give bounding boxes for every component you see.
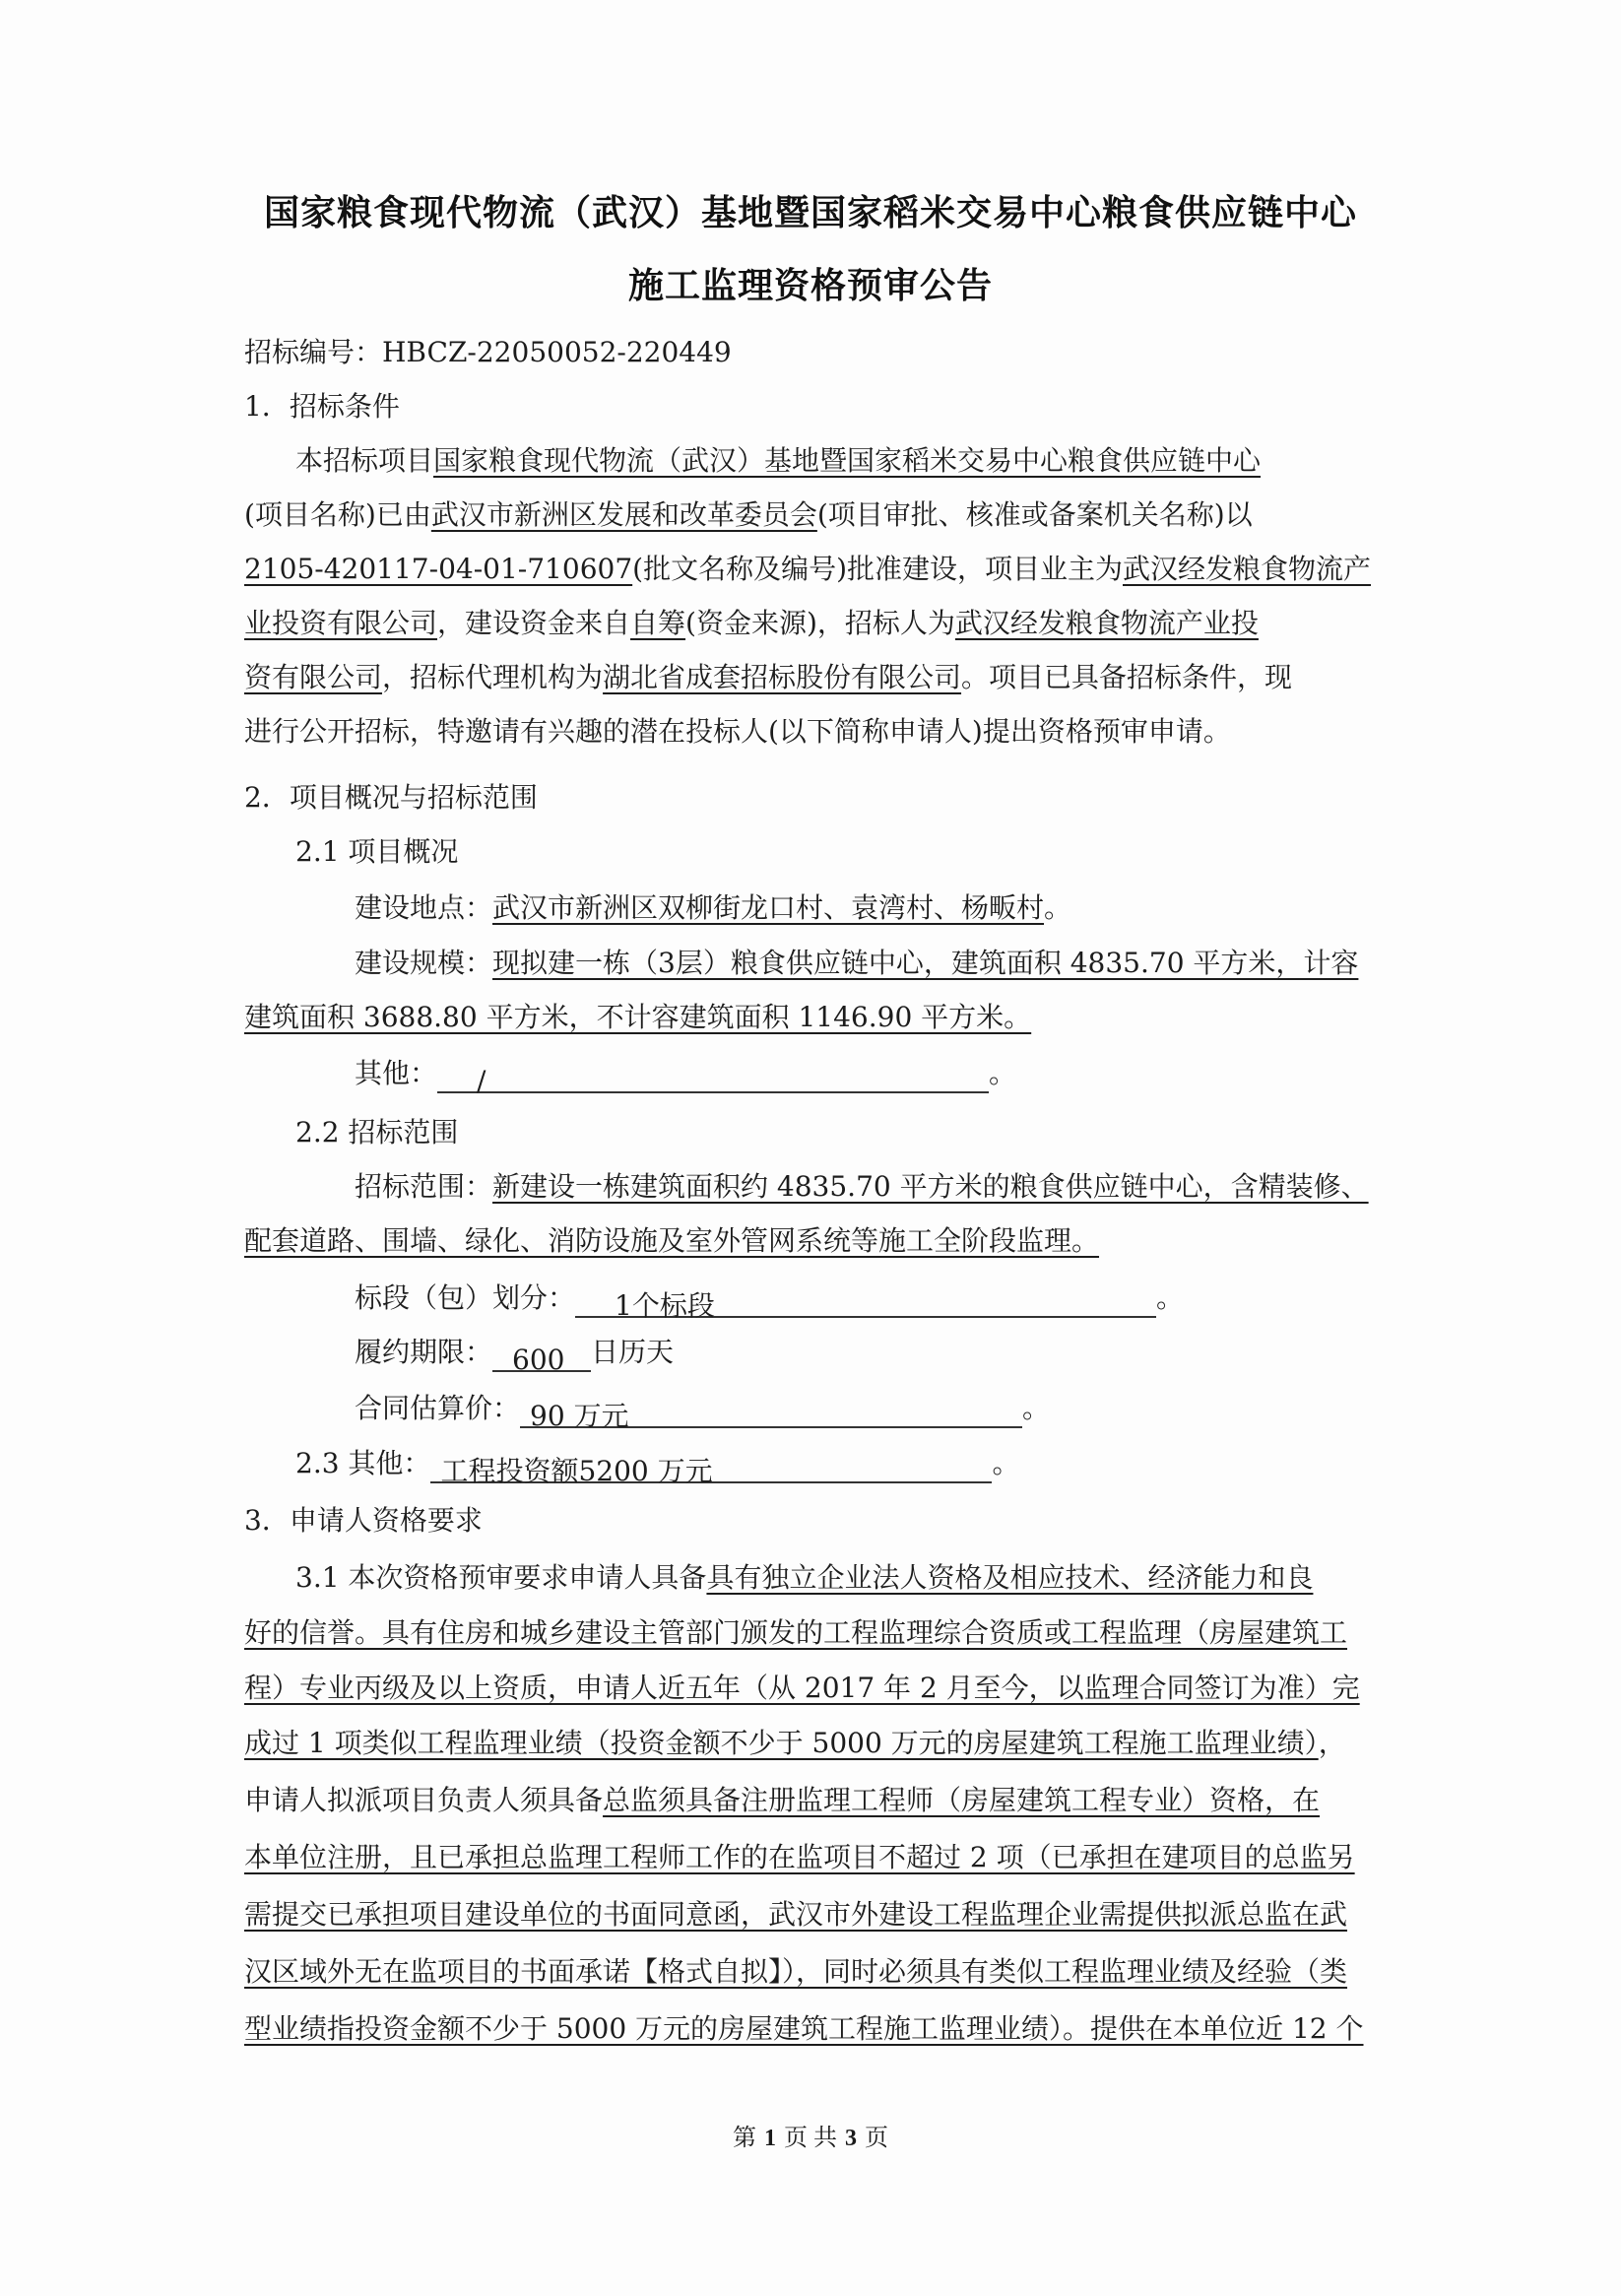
text: 。项目已具备招标条件，现 (961, 661, 1292, 693)
section-2-2-heading: 2.2 招标范围 (295, 1113, 1428, 1152)
document-title-line2: 施工监理资格预审公告 (0, 258, 1621, 308)
period-row: 履约期限：600日历天 (355, 1333, 1487, 1372)
section-2-3-row: 2.3 其他：工程投资额5200 万元。 (295, 1444, 1428, 1483)
s1-para-line2: (项目名称)已由武汉市新洲区发展和改革委员会(项目审批、核准或备案机关名称)以 (244, 495, 1377, 535)
price-value: 90 万元 (520, 1397, 1022, 1428)
scale-value-cont: 建筑面积 3688.80 平方米，不计容建筑面积 1146.90 平方米。 (244, 1001, 1031, 1033)
text: 。 (989, 1057, 1016, 1089)
text: ， (1319, 1727, 1346, 1759)
bid-number: 招标编号：HBCZ-22050052-220449 (244, 333, 1377, 372)
page-footer: 第1页 共3页 (0, 2118, 1621, 2152)
period-label: 履约期限： (355, 1336, 492, 1368)
scale-row: 建设规模：现拟建一栋（3层）粮食供应链中心，建筑面积 4835.70 平方米，计… (355, 944, 1487, 983)
bid-number-label: 招标编号： (244, 336, 382, 368)
s3-line4: 成过 1 项类似工程监理业绩（投资金额不少于 5000 万元的房屋建筑工程施工监… (244, 1724, 1377, 1763)
s3-line8: 汉区域外无在监项目的书面承诺【格式自拟】），同时必须具有类似工程监理业绩及经验（… (244, 1952, 1377, 1992)
price-label: 合同估算价： (355, 1392, 520, 1424)
agency: 湖北省成套招标股份有限公司 (603, 661, 961, 693)
s1-para-line4: 业投资有限公司，建设资金来自自筹(资金来源)，招标人为武汉经发粮食物流产业投 (244, 604, 1377, 643)
owner-cont: 业投资有限公司 (244, 607, 437, 639)
section-2-heading: 2．项目概况与招标范围 (244, 778, 1377, 818)
s1-para-line1: 本招标项目国家粮食现代物流（武汉）基地暨国家稻米交易中心粮食供应链中心 (295, 441, 1428, 481)
text: 。 (1022, 1392, 1050, 1424)
tenderer: 武汉经发粮食物流产业投 (955, 607, 1259, 639)
text: (批文名称及编号)批准建设，项目业主为 (632, 553, 1123, 585)
scale-row-cont: 建筑面积 3688.80 平方米，不计容建筑面积 1146.90 平方米。 (244, 998, 1377, 1037)
text: 本招标项目 (295, 444, 433, 477)
s3-line2: 好的信誉。具有住房和城乡建设主管部门颁发的工程监理综合资质或工程监理（房屋建筑工 (244, 1613, 1377, 1653)
scope-row-cont: 配套道路、围墙、绿化、消防设施及室外管网系统等施工全阶段监理。 (244, 1221, 1377, 1261)
owner: 武汉经发粮食物流产 (1123, 553, 1371, 585)
text: ，建设资金来自 (437, 607, 630, 639)
manager-qualification: 总监须具备注册监理工程师（房屋建筑工程专业）资格，在 (603, 1784, 1320, 1816)
approval-number: 2105-420117-04-01-710607 (244, 553, 632, 585)
fund-source: 自筹 (630, 607, 685, 639)
project-name: 国家粮食现代物流（武汉）基地暨国家稻米交易中心粮食供应链中心 (433, 444, 1261, 477)
text: 。 (1044, 891, 1071, 924)
text: 成过 1 项类似工程监理业绩（投资金额不少于 5000 万元的房屋建筑工程施工监… (244, 1727, 1319, 1759)
s3-line1: 3.1 本次资格预审要求申请人具备具有独立企业法人资格及相应技术、经济能力和良 (295, 1558, 1428, 1598)
text: 。 (992, 1447, 1019, 1479)
text: 。 (1156, 1281, 1184, 1314)
document-page: 国家粮食现代物流（武汉）基地暨国家稻米交易中心粮食供应链中心 施工监理资格预审公… (0, 0, 1621, 2296)
document-title-line1: 国家粮食现代物流（武汉）基地暨国家稻米交易中心粮食供应链中心 (0, 185, 1621, 235)
text: (资金来源)，招标人为 (685, 607, 955, 639)
s3-line3: 程）专业丙级及以上资质，申请人近五年（从 2017 年 2 月至今，以监理合同签… (244, 1669, 1377, 1708)
s1-para-line3: 2105-420117-04-01-710607(批文名称及编号)批准建设，项目… (244, 550, 1377, 589)
other-row: 其他：/。 (355, 1054, 1487, 1093)
period-value: 600 (492, 1341, 591, 1372)
section-1-heading: 1．招标条件 (244, 387, 1377, 426)
page-total: 3 (845, 2126, 857, 2151)
page-number: 1 (764, 2126, 776, 2151)
scale-label: 建设规模： (355, 947, 492, 979)
scope-value: 新建设一栋建筑面积约 4835.70 平方米的粮食供应链中心，含精装修、 (492, 1170, 1369, 1203)
other-2-3-value: 工程投资额5200 万元 (430, 1452, 992, 1483)
location-label: 建设地点： (355, 891, 492, 924)
s3-line6: 本单位注册，且已承担总监理工程师工作的在监项目不超过 2 项（已承担在建项目的总… (244, 1838, 1377, 1877)
approver: 武汉市新洲区发展和改革委员会 (431, 498, 817, 531)
text: ，招标代理机构为 (382, 661, 603, 693)
text: 3.1 本次资格预审要求申请人具备 (295, 1561, 706, 1594)
scale-value: 现拟建一栋（3层）粮食供应链中心，建筑面积 4835.70 平方米，计容 (492, 947, 1358, 979)
other-label: 其他： (355, 1057, 437, 1089)
lots-value: 1个标段 (575, 1286, 1156, 1318)
period-unit: 日历天 (591, 1336, 674, 1368)
scope-value-cont: 配套道路、围墙、绿化、消防设施及室外管网系统等施工全阶段监理。 (244, 1224, 1099, 1257)
other-2-3-label: 2.3 其他： (295, 1447, 430, 1479)
tenderer-cont: 资有限公司 (244, 661, 382, 693)
qualification: 具有独立企业法人资格及相应技术、经济能力和良 (706, 1561, 1313, 1594)
other-value: / (437, 1062, 989, 1093)
section-3-heading: 3．申请人资格要求 (244, 1501, 1377, 1541)
section-2-1-heading: 2.1 项目概况 (295, 832, 1428, 872)
text: 申请人拟派项目负责人须具备 (244, 1784, 603, 1816)
text: (项目名称)已由 (244, 498, 431, 531)
location-row: 建设地点：武汉市新洲区双柳街龙口村、袁湾村、杨畈村。 (355, 888, 1487, 928)
text: 第 (733, 2126, 756, 2151)
s1-para-line5: 资有限公司，招标代理机构为湖北省成套招标股份有限公司。项目已具备招标条件，现 (244, 658, 1377, 697)
lots-row: 标段（包）划分：1个标段。 (355, 1279, 1487, 1318)
scope-label: 招标范围： (355, 1170, 492, 1203)
location-value: 武汉市新洲区双柳街龙口村、袁湾村、杨畈村 (492, 891, 1044, 924)
text: 页 共 (784, 2126, 837, 2151)
lots-label: 标段（包）划分： (355, 1281, 575, 1314)
s3-line7: 需提交已承担项目建设单位的书面同意函，武汉市外建设工程监理企业需提供拟派总监在武 (244, 1895, 1377, 1935)
s1-para-line6: 进行公开招标，特邀请有兴趣的潜在投标人(以下简称申请人)提出资格预审申请。 (244, 712, 1377, 752)
bid-number-value: HBCZ-22050052-220449 (382, 336, 732, 368)
text: 页 (865, 2126, 888, 2151)
s3-line9: 型业绩指投资金额不少于 5000 万元的房屋建筑工程施工监理业绩）。提供在本单位… (244, 2009, 1377, 2049)
price-row: 合同估算价：90 万元。 (355, 1389, 1487, 1428)
s3-line5: 申请人拟派项目负责人须具备总监须具备注册监理工程师（房屋建筑工程专业）资格，在 (244, 1781, 1377, 1820)
scope-row: 招标范围：新建设一栋建筑面积约 4835.70 平方米的粮食供应链中心，含精装修… (355, 1167, 1487, 1207)
text: (项目审批、核准或备案机关名称)以 (817, 498, 1253, 531)
